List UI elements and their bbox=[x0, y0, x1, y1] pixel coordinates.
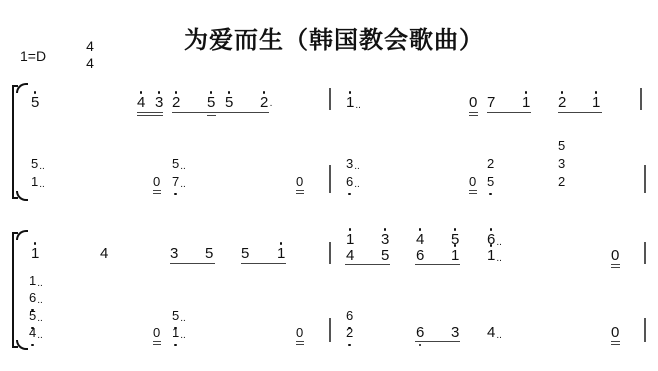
underline bbox=[137, 115, 163, 116]
note: 5 bbox=[381, 248, 389, 264]
note: 5 bbox=[31, 95, 39, 111]
note: 1.. bbox=[29, 273, 43, 289]
note: 4.. bbox=[487, 325, 502, 341]
underline bbox=[469, 112, 478, 113]
note: 2 bbox=[558, 174, 565, 190]
note: 1 bbox=[592, 95, 600, 111]
note: 3 bbox=[170, 246, 178, 262]
system-1-bass-barline-1 bbox=[329, 165, 331, 193]
note: 4.. bbox=[29, 325, 43, 341]
note: 3 bbox=[155, 95, 163, 111]
note: 4 bbox=[346, 248, 354, 264]
note: 3.. bbox=[346, 156, 360, 172]
underline bbox=[172, 112, 269, 113]
underline bbox=[296, 190, 304, 191]
time-signature: 4 4 bbox=[84, 38, 96, 72]
underline bbox=[153, 344, 161, 345]
note: 2 bbox=[346, 325, 353, 341]
note: 1.. bbox=[346, 95, 361, 111]
system-2-bass-barline-1 bbox=[329, 318, 331, 342]
note: 6 bbox=[416, 248, 424, 264]
underline bbox=[415, 264, 460, 265]
key-signature: 1=D bbox=[20, 48, 46, 64]
note: 2 bbox=[487, 156, 494, 172]
note: 5.. bbox=[172, 156, 186, 172]
underline bbox=[296, 344, 304, 345]
note: 2· bbox=[260, 95, 273, 111]
note: 5.. bbox=[31, 156, 45, 172]
note: 1.. bbox=[31, 174, 45, 190]
underline bbox=[153, 190, 161, 191]
system-1-bass-barline-2 bbox=[644, 165, 646, 193]
note: 1 bbox=[451, 248, 459, 264]
note: 5 bbox=[225, 95, 233, 111]
note: 6 bbox=[416, 325, 424, 341]
note: 6 bbox=[346, 308, 353, 324]
underline bbox=[153, 193, 161, 194]
underline bbox=[296, 193, 304, 194]
system-2-barline-2 bbox=[644, 242, 646, 264]
underline bbox=[137, 112, 163, 113]
time-signature-top: 4 bbox=[84, 38, 96, 55]
note: 6.. bbox=[346, 174, 360, 190]
note: 0 bbox=[611, 248, 619, 264]
note: 2 bbox=[558, 95, 566, 111]
note: 3 bbox=[381, 232, 389, 248]
note: 1 bbox=[522, 95, 530, 111]
underline bbox=[558, 112, 602, 113]
note: 1.. bbox=[172, 325, 186, 341]
note: 5 bbox=[487, 174, 494, 190]
note: 7 bbox=[487, 95, 495, 111]
note: 1.. bbox=[487, 248, 502, 264]
note: 4 bbox=[416, 232, 424, 248]
note: 0 bbox=[469, 95, 477, 111]
note: 1 bbox=[346, 232, 354, 248]
note: 7.. bbox=[172, 174, 186, 190]
underline bbox=[153, 341, 161, 342]
underline bbox=[241, 263, 286, 264]
note: 1 bbox=[31, 246, 39, 262]
underline bbox=[611, 341, 620, 342]
note: 0 bbox=[153, 174, 160, 190]
time-signature-bottom: 4 bbox=[84, 55, 96, 72]
system-2-barline-1 bbox=[329, 242, 331, 264]
note: 5 bbox=[241, 246, 249, 262]
underline bbox=[611, 267, 620, 268]
underline bbox=[469, 115, 478, 116]
note: 3 bbox=[451, 325, 459, 341]
underline bbox=[611, 264, 620, 265]
system-2-bass-barline-2 bbox=[644, 318, 646, 342]
note: 0 bbox=[611, 325, 619, 341]
underline bbox=[345, 264, 390, 265]
note: 0 bbox=[469, 174, 476, 190]
underline bbox=[487, 112, 531, 113]
note: 0 bbox=[153, 325, 160, 341]
system-1-barline-2 bbox=[640, 88, 642, 110]
underline bbox=[415, 341, 460, 342]
underline bbox=[469, 190, 477, 191]
note: 5 bbox=[205, 246, 213, 262]
underline bbox=[296, 341, 304, 342]
note: 5 bbox=[558, 138, 565, 154]
note: 0 bbox=[296, 174, 303, 190]
note: 5.. bbox=[172, 308, 186, 324]
note: 0 bbox=[296, 325, 303, 341]
underline bbox=[469, 193, 477, 194]
note: 1 bbox=[277, 246, 285, 262]
note: 4 bbox=[100, 246, 108, 262]
underline bbox=[207, 115, 216, 116]
note: 2 bbox=[172, 95, 180, 111]
note: 5 bbox=[207, 95, 215, 111]
system-1-brace bbox=[12, 85, 18, 199]
note: 6.. bbox=[29, 290, 43, 306]
note: 4 bbox=[137, 95, 145, 111]
system-2-brace bbox=[12, 232, 18, 348]
note: 5.. bbox=[29, 308, 43, 324]
underline bbox=[611, 344, 620, 345]
song-title: 为爱而生（韩国教会歌曲） bbox=[0, 20, 658, 55]
note: 3 bbox=[558, 156, 565, 172]
system-1-barline-1 bbox=[329, 88, 331, 110]
underline bbox=[170, 263, 215, 264]
